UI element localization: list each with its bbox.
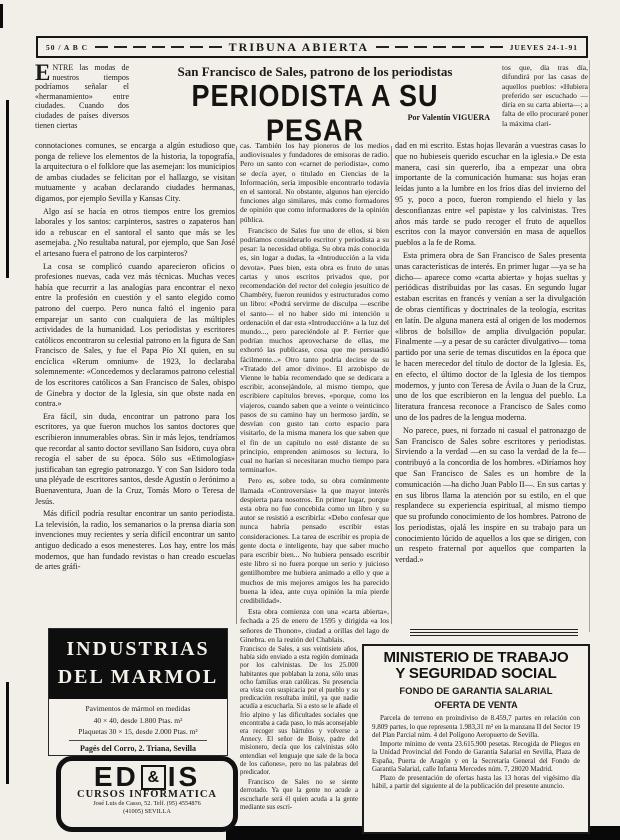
article-kicker: San Francisco de Sales, patrono de los p… [130,64,500,80]
column-divider [391,146,392,624]
article-top-right-column: tos que, día tras día, difundirá por las… [502,63,588,141]
body-paragraph: Esta obra comienza con una «carta abiert… [240,607,389,642]
date-label: JUEVES 24-1-91 [510,43,578,52]
page-header: 50 / A B C TRIBUNA ABIERTA JUEVES 24-1-9… [36,36,588,58]
edition-label: 50 / A B C [46,43,88,52]
ad-marmol-body-line: Plaquetas 30 × 15, desde 2.000 Ptas. m² [49,727,227,736]
ad-ministerio-trabajo: MINISTERIO DE TRABAJO Y SEGURIDAD SOCIAL… [362,644,590,834]
section-title: TRIBUNA ABIERTA [229,40,369,55]
article-column-3: dad en mi escrito. Estas hojas llevarán … [395,141,586,624]
ad-ministerio-subtitle1: FONDO DE GARANTIA SALARIAL [372,686,580,697]
body-paragraph: Pero es, sobre todo, su obra comúnmente … [240,476,389,605]
ad-ministerio-paragraph: Parcela de terreno en proindiviso de 8.4… [372,714,580,740]
ad-edis-logo: ED&IS [61,763,233,791]
ad-marmol-header: INDUSTRIAS DEL MARMOL [49,629,227,699]
body-paragraph: tos que, día tras día, difundirá por las… [502,63,588,128]
body-paragraph: La cosa se complicó cuando aparecieron o… [35,262,235,410]
drop-cap: E [35,63,50,82]
ad-ministerio-paragraph: Importe mínimo de venta 23.615.900 peset… [372,740,580,774]
body-paragraph: cas. También los hay pioneros de los med… [240,141,389,224]
article-column-2: cas. También los hay pioneros de los med… [240,141,389,642]
ampersand-box-icon: & [141,765,166,790]
body-paragraph: Algo así se hacía en otros tiempos entre… [35,207,235,260]
ad-edis-logo-right: IS [168,761,200,792]
ad-edis-cursos: ED&IS CURSOS INFORMATICA José Luis de Ca… [56,756,238,832]
body-paragraph: Francisco de Sales, a sus veintisiete añ… [240,646,358,777]
ad-marmol-address: Pagés del Corro, 2. Triana, Sevilla [49,744,227,753]
body-paragraph: connotaciones comunes, se encarga a algú… [35,141,235,205]
ad-edis-address-line: José Luis de Casso, 52. Telf. (95) 45548… [61,800,233,808]
body-paragraph: Francisco de Sales fue uno de ellos, si … [240,226,389,474]
article-byline: Por Valentín VIGUERA [330,113,490,122]
ad-marmol-body-line: 40 × 40, desde 1.800 Ptas. m² [49,716,227,725]
ad-marmol-body-line: Pavimentos de mármol en medidas [49,704,227,713]
ad-ministerio-title-line2: Y SEGURIDAD SOCIAL [372,666,580,682]
header-dash-rule [95,46,222,48]
scan-mark [6,682,9,784]
article-column-1: connotaciones comunes, se encarga a algú… [35,141,235,628]
column-divider [236,146,237,624]
ad-ministerio-paragraph: Plazo de presentación de ofertas hasta l… [372,774,580,791]
ad-marmol-title-line2: DEL MARMOL [49,663,227,691]
header-dash-rule [376,46,503,48]
scan-mark [6,100,9,278]
ad-ministerio-title-line1: MINISTERIO DE TRABAJO [372,650,580,666]
ad-edis-logo-left: ED [94,761,139,792]
ad-edis-subtitle: CURSOS INFORMATICA [61,789,233,800]
ad-industrias-del-marmol: INDUSTRIAS DEL MARMOL Pavimentos de márm… [48,628,228,756]
body-paragraph: Esta primera obra de San Francisco de Sa… [395,251,586,424]
ad-marmol-divider [69,740,208,741]
scan-mark [0,4,3,28]
ad-marmol-title-line1: INDUSTRIAS [49,635,227,663]
newspaper-page: 50 / A B C TRIBUNA ABIERTA JUEVES 24-1-9… [0,0,620,840]
ad-ministerio-subtitle2: OFERTA DE VENTA [372,700,580,710]
article-end-rule [410,629,578,636]
body-paragraph: Francisco de Sales no se siente derrotad… [240,779,358,812]
ad-edis-address-line: (41005) SEVILLA [61,808,233,816]
ad-ministerio-body: Parcela de terreno en proindiviso de 8.4… [372,714,580,791]
article-column-2-bottom: Francisco de Sales, a sus veintisiete añ… [240,646,358,836]
page-edge-rule [589,60,590,632]
body-paragraph: Más difícil podría resultar encontrar un… [35,509,235,573]
body-paragraph: No parece, pues, ni forzado ni casual el… [395,426,586,566]
body-paragraph: Era fácil, sin duda, encontrar un patron… [35,412,235,507]
body-paragraph: dad en mi escrito. Estas hojas llevarán … [395,141,586,249]
article-intro-column: ENTRE las modas de nuestros tiempos podr… [35,63,129,140]
